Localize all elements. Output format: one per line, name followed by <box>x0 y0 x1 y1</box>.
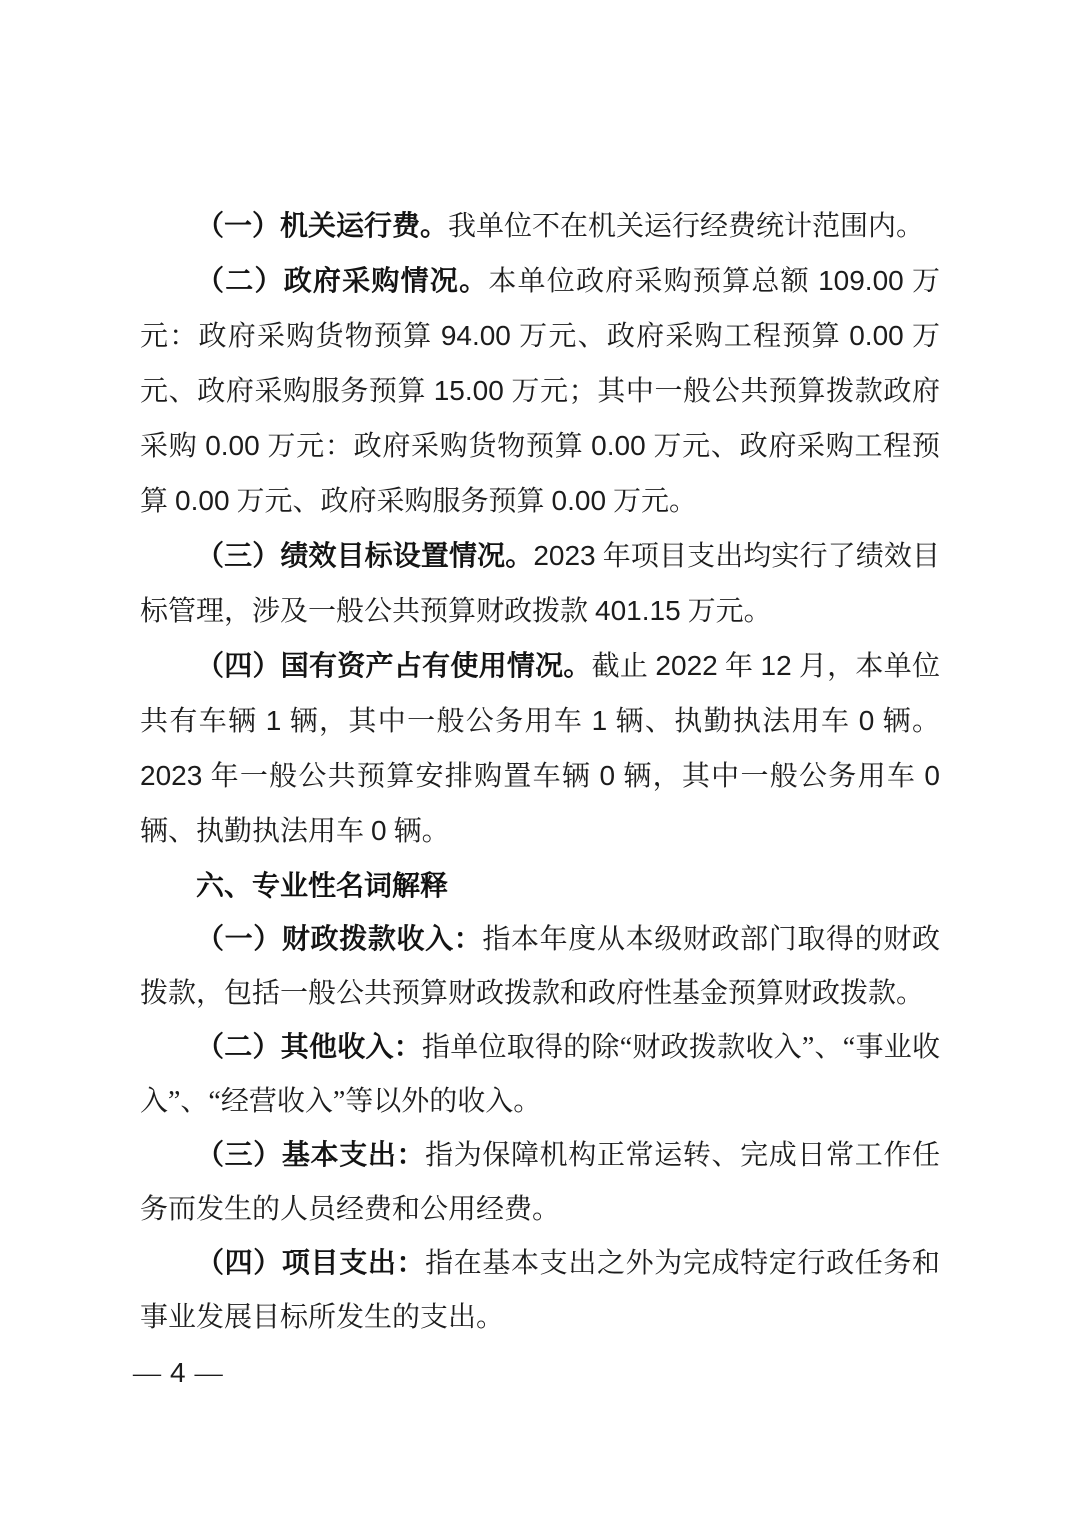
term-lead: （二）其他收入： <box>196 1032 422 1063</box>
term-lead: （一）财政拨款收入： <box>196 924 482 955</box>
document-body: （一）机关运行费。我单位不在机关运行经费统计范围内。 （二）政府采购情况。本单位… <box>140 200 940 1345</box>
paragraph-lead: （三）绩效目标设置情况。 <box>196 541 533 572</box>
glossary-term-other-income: （二）其他收入：指单位取得的除“财政拨款收入”、“事业收入”、“经营收入”等以外… <box>140 1021 940 1129</box>
glossary-term-fiscal-appropriation-income: （一）财政拨款收入：指本年度从本级财政部门取得的财政拨款，包括一般公共预算财政拨… <box>140 913 940 1021</box>
glossary-term-project-expenditure: （四）项目支出：指在基本支出之外为完成特定行政任务和事业发展目标所发生的支出。 <box>140 1237 940 1345</box>
paragraph-performance-targets: （三）绩效目标设置情况。2023 年项目支出均实行了绩效目标管理，涉及一般公共预… <box>140 529 940 639</box>
paragraph-lead: （二）政府采购情况。 <box>196 266 488 297</box>
paragraph-lead: （四）国有资产占有使用情况。 <box>196 651 592 682</box>
paragraph-government-procurement: （二）政府采购情况。本单位政府采购预算总额 109.00 万元：政府采购货物预算… <box>140 254 940 529</box>
term-lead: （三）基本支出： <box>196 1140 425 1171</box>
paragraph-state-assets: （四）国有资产占有使用情况。截止 2022 年 12 月，本单位共有车辆 1 辆… <box>140 639 940 859</box>
paragraph-text: 我单位不在机关运行经费统计范围内。 <box>448 211 924 242</box>
term-lead: （四）项目支出： <box>196 1248 425 1279</box>
page-number: — 4 — <box>133 1346 224 1401</box>
paragraph-agency-operating-cost: （一）机关运行费。我单位不在机关运行经费统计范围内。 <box>140 200 940 254</box>
paragraph-text: 本单位政府采购预算总额 109.00 万元：政府采购货物预算 94.00 万元、… <box>140 266 940 517</box>
glossary-term-basic-expenditure: （三）基本支出：指为保障机构正常运转、完成日常工作任务而发生的人员经费和公用经费… <box>140 1129 940 1237</box>
paragraph-lead: （一）机关运行费。 <box>196 211 448 242</box>
document-page: （一）机关运行费。我单位不在机关运行经费统计范围内。 （二）政府采购情况。本单位… <box>0 0 1074 1520</box>
section-heading-glossary: 六、专业性名词解释 <box>140 859 940 913</box>
